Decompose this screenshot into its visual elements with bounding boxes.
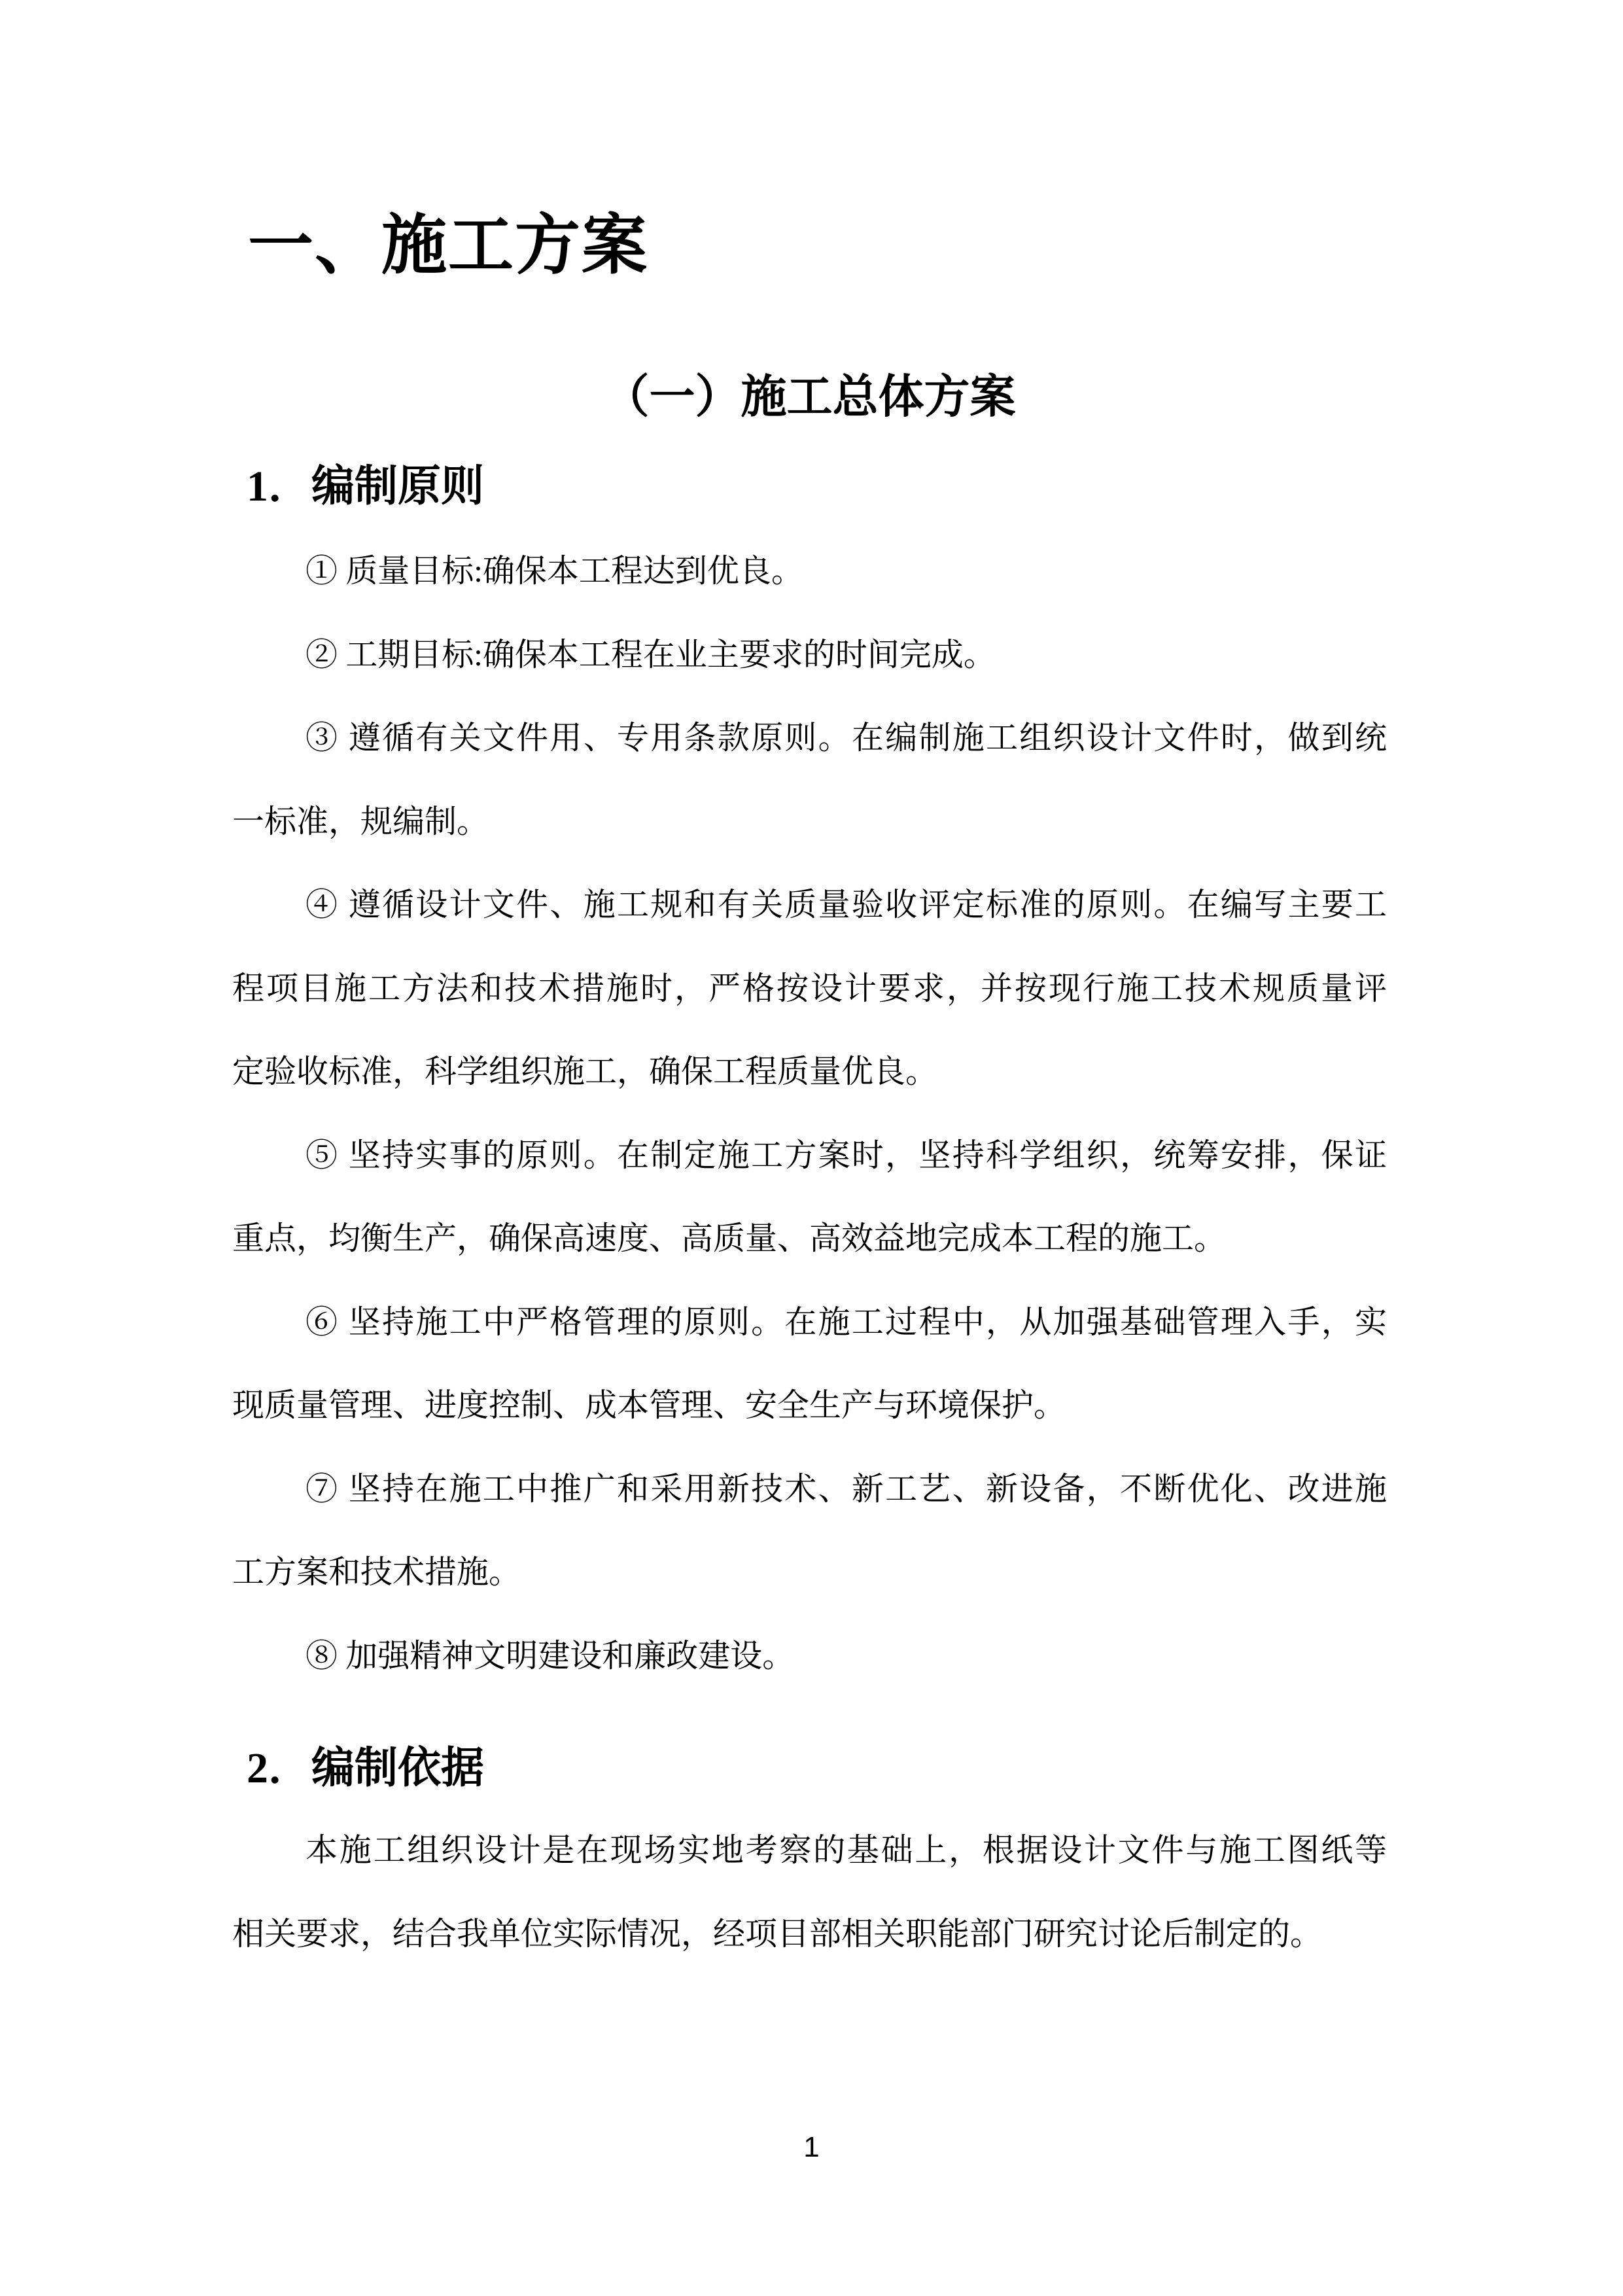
- text-line: 一标准，规编制。: [232, 780, 1387, 864]
- text-line: 程项目施工方法和技术措施时，严格按设计要求，并按现行施工技术规质量评: [232, 947, 1387, 1031]
- text-line: ④ 遵循设计文件、施工规和有关质量验收评定标准的原则。在编写主要工: [232, 863, 1387, 947]
- document-page: 一、施工方案 （一）施工总体方案 1．编制原则 ① 质量目标:确保本工程达到优良…: [0, 0, 1623, 2296]
- text-line: 本施工组织设计是在现场实地考察的基础上，根据设计文件与施工图纸等: [232, 1809, 1387, 1892]
- section-1-body: ① 质量目标:确保本工程达到优良。 ② 工期目标:确保本工程在业主要求的时间完成…: [232, 529, 1387, 1697]
- text-line: ① 质量目标:确保本工程达到优良。: [232, 529, 1387, 613]
- doc-subtitle: （一）施工总体方案: [232, 370, 1387, 425]
- text-line: 定验收标准，科学组织施工，确保工程质量优良。: [232, 1030, 1387, 1114]
- text-line: ⑤ 坚持实事的原则。在制定施工方案时，坚持科学组织，统筹安排，保证: [232, 1114, 1387, 1197]
- page-number: 1: [0, 2130, 1623, 2165]
- text-line: 相关要求，结合我单位实际情况，经项目部相关职能部门研究讨论后制定的。: [232, 1892, 1387, 1976]
- text-line: ② 工期目标:确保本工程在业主要求的时间完成。: [232, 613, 1387, 697]
- text-line: 重点，均衡生产，确保高速度、高质量、高效益地完成本工程的施工。: [232, 1197, 1387, 1280]
- section-heading-1: 1．编制原则: [247, 461, 484, 512]
- section-2-body: 本施工组织设计是在现场实地考察的基础上，根据设计文件与施工图纸等 相关要求，结合…: [232, 1809, 1387, 1975]
- text-line: ③ 遵循有关文件用、专用条款原则。在编制施工组织设计文件时，做到统: [232, 696, 1387, 780]
- doc-title: 一、施工方案: [248, 207, 648, 285]
- text-line: 现质量管理、进度控制、成本管理、安全生产与环境保护。: [232, 1364, 1387, 1447]
- text-line: ⑧ 加强精神文明建设和廉政建设。: [232, 1614, 1387, 1698]
- text-line: 工方案和技术措施。: [232, 1530, 1387, 1614]
- text-line: ⑥ 坚持施工中严格管理的原则。在施工过程中，从加强基础管理入手，实: [232, 1280, 1387, 1364]
- section-heading-2: 2．编制依据: [247, 1742, 484, 1794]
- text-line: ⑦ 坚持在施工中推广和采用新技术、新工艺、新设备，不断优化、改进施: [232, 1447, 1387, 1531]
